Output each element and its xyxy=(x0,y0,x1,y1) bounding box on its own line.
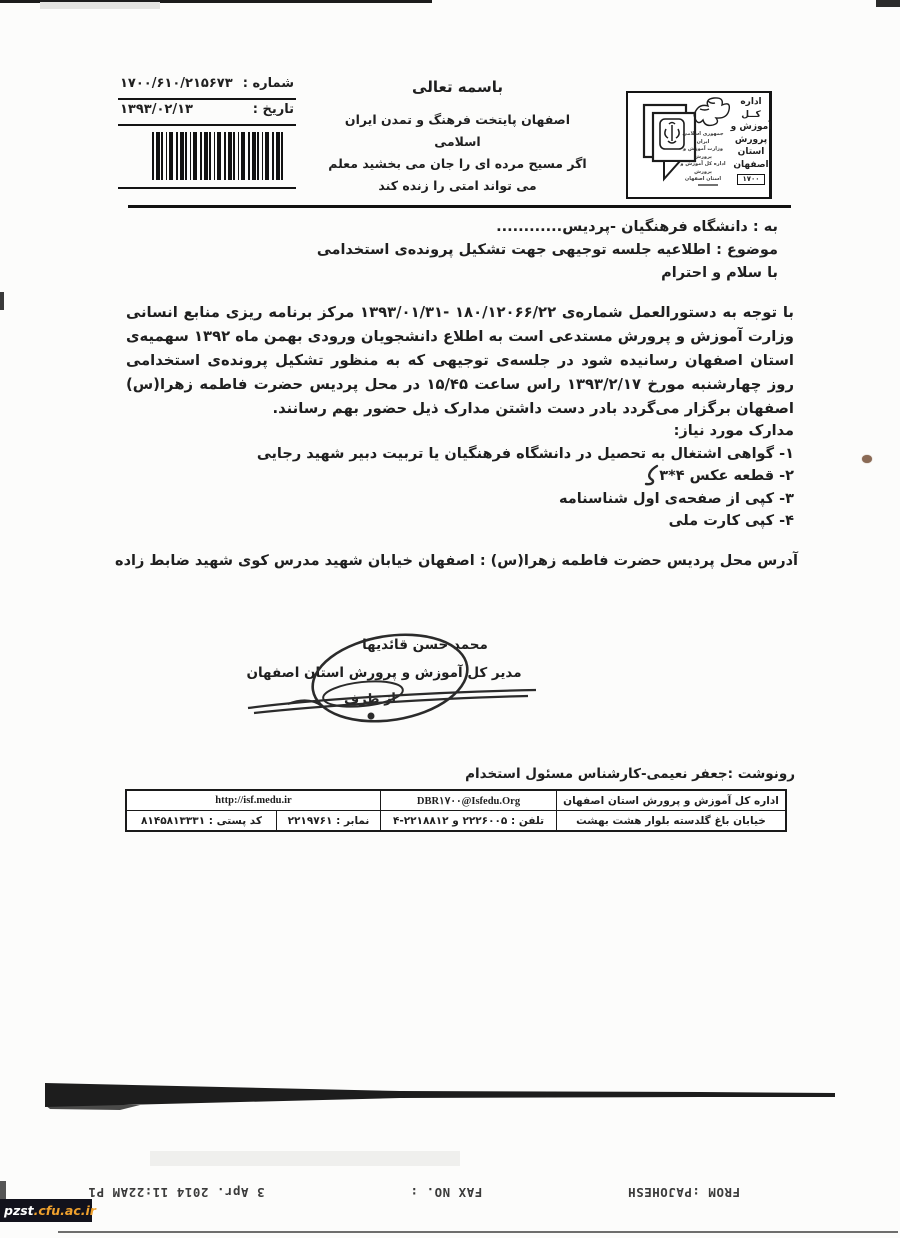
emblem-area: جمهوری اسلامی ایران وزارت آموزش و پرورش … xyxy=(628,93,733,197)
bismillah-text: باسمه تعالی xyxy=(325,78,590,96)
emblem-caption-line: اداره کل آموزش و پرورش xyxy=(677,161,729,176)
org-name-line: کــل xyxy=(741,109,760,122)
cc-line: رونوشت :جعفر نعیمی-کارشناس مسئول استخدام xyxy=(300,766,795,782)
reference-block: ۱۷۰۰/۶۱۰/۲۱۵۶۷۳ شماره : ۱۳۹۳/۰۲/۱۳ تاریخ… xyxy=(118,74,296,189)
salutation-line: با سلام و احترام xyxy=(120,262,778,285)
org-code: ۱۷۰۰ xyxy=(737,174,764,185)
motto-line: اسلامی xyxy=(325,131,590,153)
scanned-letter-page: ۱۷۰۰/۶۱۰/۲۱۵۶۷۳ شماره : ۱۳۹۳/۰۲/۱۳ تاریخ… xyxy=(0,0,900,1238)
header-divider xyxy=(128,205,791,208)
barcode-row xyxy=(118,126,296,189)
fax-number-text: FAX NO. : xyxy=(410,1180,482,1200)
watermark-prefix: pzst xyxy=(4,1203,34,1218)
fax-datetime-text: 3 Apr. 2014 11:22AM P1 xyxy=(88,1180,265,1200)
motto-line: می تواند امتی را زنده کند xyxy=(325,175,590,197)
scan-artifact-edge xyxy=(0,1181,6,1200)
phone-cell: تلفن : ۲۲۲۶۰۰۵ و ۲۲۱۸۸۱۲-۴ xyxy=(381,811,557,832)
scan-artifact-top-right xyxy=(876,0,900,7)
footer-row-1: http://isf.medu.ir DBR۱۷۰۰@Isfedu.Org اد… xyxy=(126,790,786,811)
reference-date-value: ۱۳۹۳/۰۲/۱۳ xyxy=(120,102,193,117)
bird-flourish-icon xyxy=(694,98,729,126)
email-cell: DBR۱۷۰۰@Isfedu.Org xyxy=(381,790,557,811)
reference-date-row: ۱۳۹۳/۰۲/۱۳ تاریخ : xyxy=(118,100,296,126)
scan-artifact-smudge xyxy=(150,1151,460,1166)
reference-date-label: تاریخ : xyxy=(253,102,294,117)
watermark-suffix: .cfu.ac.ir xyxy=(34,1203,96,1218)
reference-number-label: شماره : xyxy=(243,76,294,91)
motto-line: اگر مسیح مرده ای را جان می بخشید معلم xyxy=(325,153,590,175)
scan-artifact-brown-dot xyxy=(862,455,872,463)
org-name-cell: اداره کل آموزش و پرورش استان اصفهان xyxy=(557,790,787,811)
fax-from-text: FROM :PAJOHESH xyxy=(628,1180,740,1200)
footer-contact-table: http://isf.medu.ir DBR۱۷۰۰@Isfedu.Org اد… xyxy=(125,789,787,832)
postal-code-cell: کد پستی : ۸۱۴۵۸۱۳۳۳۱ xyxy=(126,811,277,832)
scan-artifact-bottom-line xyxy=(58,1231,898,1233)
barcode xyxy=(152,132,286,180)
oval-stamp-icon xyxy=(228,618,558,743)
scan-artifact-smudge xyxy=(40,2,160,9)
footer-row-2: کد پستی : ۸۱۴۵۸۱۳۳۳۱ نمابر : ۲۲۱۹۷۶۱ تلف… xyxy=(126,811,786,832)
docs-heading: مدارک مورد نیاز: xyxy=(126,420,794,443)
ministry-logo-box: جمهوری اسلامی ایران وزارت آموزش و پرورش … xyxy=(626,91,772,199)
emblem-caption-line: جمهوری اسلامی ایران xyxy=(677,131,729,146)
fax-transmission-header: FROM :PAJOHESH FAX NO. : 3 Apr. 2014 11:… xyxy=(88,1180,740,1200)
letter-opening: به : دانشگاه فرهنگیان -پردیس............… xyxy=(120,216,778,285)
website-cell: http://isf.medu.ir xyxy=(126,790,381,811)
fax-cell: نمابر : ۲۲۱۹۷۶۱ xyxy=(277,811,381,832)
org-name-line: اداره xyxy=(740,96,761,109)
doc-item: ۲- قطعه عکس ۴*۳ xyxy=(126,465,794,488)
doc-item: ۴- کپی کارت ملی xyxy=(126,510,794,533)
org-name-line: پرورش xyxy=(735,134,767,147)
doc-item: ۱- گواهی اشتغال به تحصیل در دانشگاه فرهن… xyxy=(126,443,794,466)
org-name-column: اداره کــل آموزش و پرورش استان اصفهان ۱۷… xyxy=(733,93,770,197)
emblem-caption-line: وزارت آموزش و پرورش xyxy=(677,146,729,161)
scan-artifact-streak xyxy=(0,1075,900,1120)
emblem-caption: جمهوری اسلامی ایران وزارت آموزش و پرورش … xyxy=(677,131,729,184)
letterhead-center: باسمه تعالی اصفهان پایتخت فرهنگ و تمدن ا… xyxy=(325,78,590,197)
scan-artifact-left-dash xyxy=(0,292,4,310)
emblem-caption-line: استان اصفهان xyxy=(677,176,729,184)
address-line: آدرس محل پردیس حضرت فاطمه زهرا(س) : اصفه… xyxy=(100,553,798,569)
org-name-line: آموزش و xyxy=(731,121,772,134)
handwritten-mark-icon xyxy=(642,464,660,488)
reference-number-row: ۱۷۰۰/۶۱۰/۲۱۵۶۷۳ شماره : xyxy=(118,74,296,100)
signature-scribble-icon xyxy=(248,690,536,713)
required-documents: مدارک مورد نیاز: ۱- گواهی اشتغال به تحصی… xyxy=(126,420,794,533)
doc-item: ۳- کپی از صفحه‌ی اول شناسنامه xyxy=(126,488,794,511)
site-watermark: pzst.cfu.ac.ir xyxy=(0,1199,92,1222)
reference-number-value: ۱۷۰۰/۶۱۰/۲۱۵۶۷۳ xyxy=(120,76,233,91)
subject-line: موضوع : اطلاعیه جلسه توجیهی جهت تشکیل پر… xyxy=(120,239,778,262)
street-cell: خیابان باغ گلدسته بلوار هشت بهشت xyxy=(557,811,787,832)
motto-line: اصفهان پایتخت فرهنگ و تمدن ایران xyxy=(325,109,590,131)
org-name-line: استان xyxy=(738,146,765,159)
body-paragraph: با توجه به دستورالعمل شماره‌ی ۱۸۰/۱۲۰۶۶/… xyxy=(126,301,794,421)
org-name-line: اصفهان xyxy=(733,159,768,172)
to-line: به : دانشگاه فرهنگیان -پردیس............ xyxy=(120,216,778,239)
